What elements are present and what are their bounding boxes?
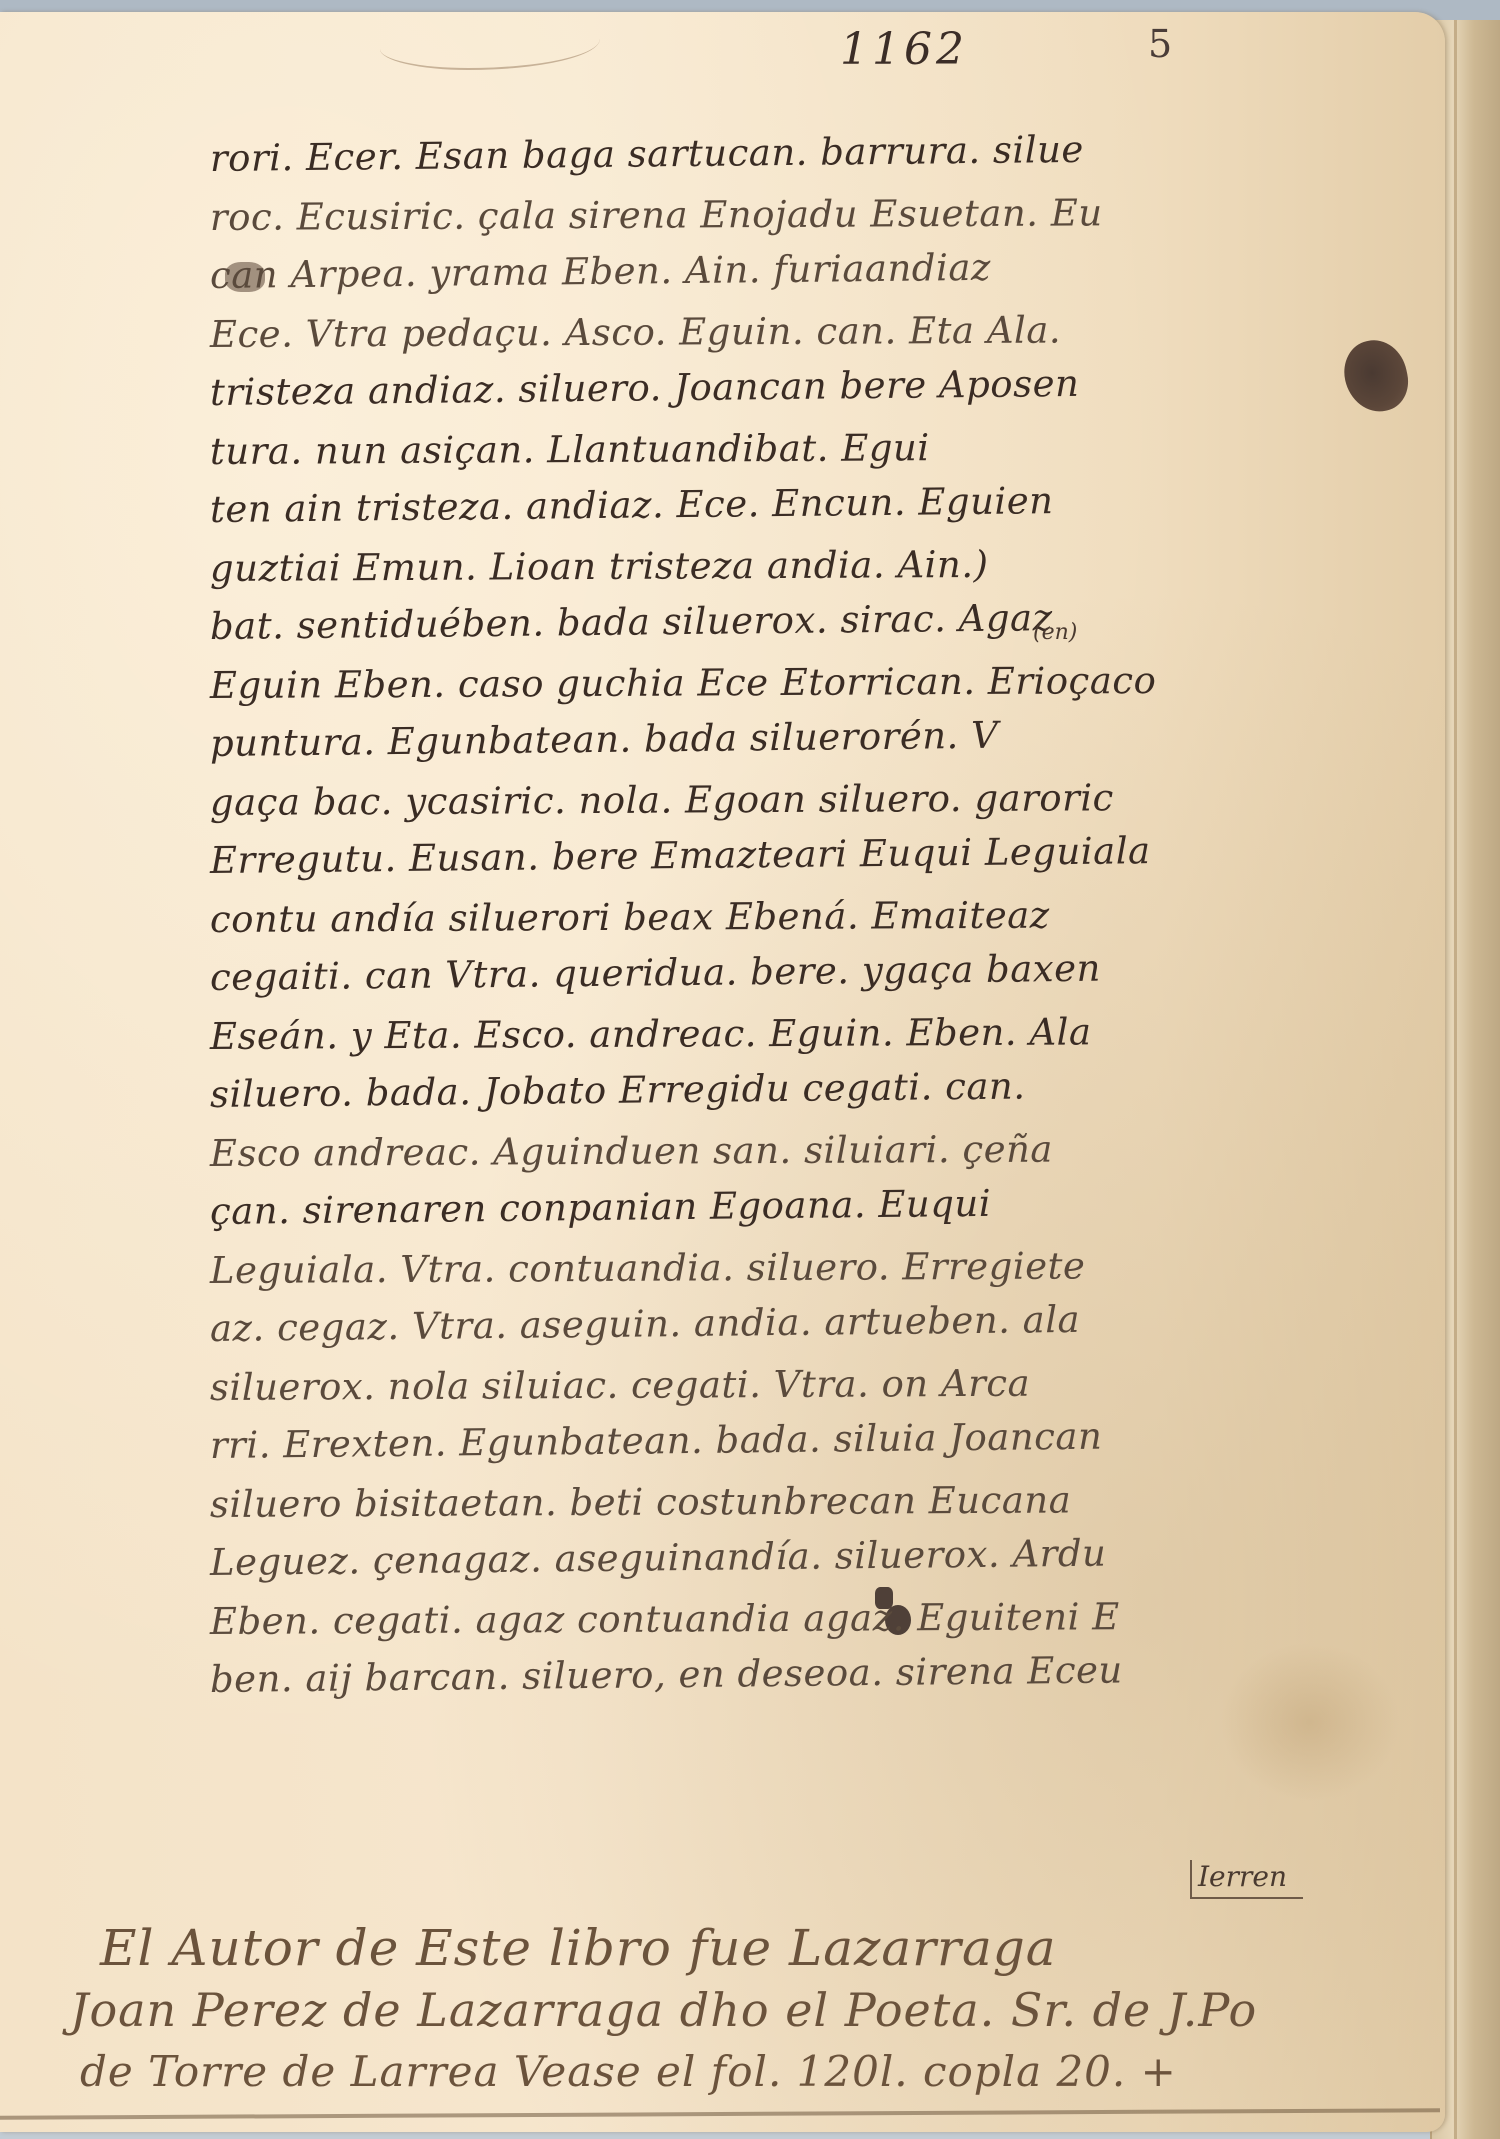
- text-line: az. cegaz. Vtra. aseguin. andia. artuebe…: [210, 1288, 1321, 1358]
- manuscript-text: rori. Ecer. Esan baga sartucan. barrura.…: [210, 130, 1320, 1710]
- text-line: çan. sirenaren conpanian Egoana. Euqui: [210, 1171, 1321, 1241]
- authorship-note: El Autor de Este libro fue Lazarraga Joa…: [70, 1917, 1430, 2103]
- text-line: ben. aij barcan. siluero, en deseoa. sir…: [210, 1639, 1321, 1709]
- text-line: can Arpea. yrama Eben. Ain. furiaandiaz: [210, 235, 1321, 305]
- text-line: rori. Ecer. Esan baga sartucan. barrura.…: [210, 118, 1321, 188]
- catchword: Ierren: [1190, 1860, 1303, 1899]
- paper-tear: [380, 18, 600, 70]
- manuscript-page: 1162 5 rori. Ecer. Esan baga sartucan. b…: [0, 12, 1445, 2132]
- text-line: bat. sentiduében. bada siluerox. sirac. …: [210, 586, 1321, 656]
- page-bottom-fold: [0, 2108, 1440, 2120]
- text-line: Leguez. çenagaz. aseguinandía. siluerox.…: [210, 1522, 1321, 1592]
- note-line: El Autor de Este libro fue Lazarraga: [70, 1917, 1430, 1979]
- ink-blot-stain: [1338, 334, 1414, 417]
- folio-mark: 1162: [840, 24, 968, 75]
- text-line: rri. Erexten. Egunbatean. bada. siluia J…: [210, 1405, 1321, 1475]
- note-line: Joan Perez de Lazarraga dho el Poeta. Sr…: [70, 1979, 1430, 2041]
- note-line: de Torre de Larrea Vease el fol. 120l. c…: [70, 2041, 1430, 2103]
- text-line: tristeza andiaz. siluero. Joancan bere A…: [210, 352, 1321, 422]
- page-number: 5: [1148, 22, 1172, 66]
- text-line: siluero. bada. Jobato Erregidu cegati. c…: [210, 1054, 1321, 1124]
- interlinear-insertion: (en): [1033, 620, 1077, 645]
- text-line: Erregutu. Eusan. bere Emazteari Euqui Le…: [210, 820, 1321, 890]
- text-line: ten ain tristeza. andiaz. Ece. Encun. Eg…: [210, 469, 1321, 539]
- text-line: puntura. Egunbatean. bada siluerorén. V: [210, 703, 1321, 773]
- text-line: cegaiti. can Vtra. queridua. bere. ygaça…: [210, 937, 1321, 1007]
